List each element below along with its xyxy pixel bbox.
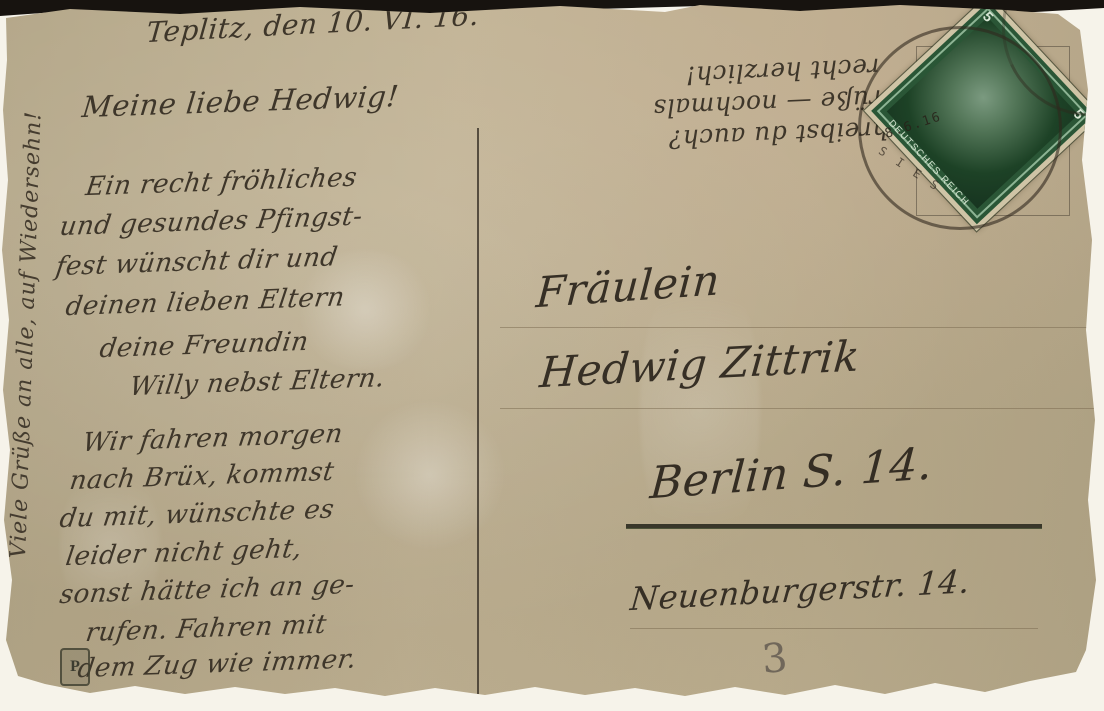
address-divider-line (477, 128, 479, 694)
message-line: und gesundes Pfingst- (58, 201, 365, 242)
address-rule (630, 628, 1038, 629)
message-line: Ein recht fröhliches (84, 163, 359, 203)
address-rule (500, 327, 1092, 328)
salutation: Meine liebe Hedwig! (80, 79, 400, 124)
address-name: Hedwig Zittrik (538, 331, 862, 397)
message-line: Wir fahren morgen (81, 419, 345, 458)
message-line: deine Freundin (98, 327, 311, 364)
emboss-texture (350, 400, 510, 550)
publisher-embossed-mark: P (60, 648, 90, 686)
address-street: Neuenburgerstr. 14. (629, 562, 972, 618)
margin-note-vertical: Viele Grüße an alle, auf Wiedersehn! (6, 88, 47, 559)
postcard-card: Teplitz, den 10. VI. 16. Meine liebe Hed… (0, 0, 1104, 711)
pencil-number: 3 (760, 635, 789, 683)
message-line: Willy nebst Eltern. (128, 363, 387, 402)
address-rule (500, 408, 1100, 409)
message-line: dem Zug wie immer. (76, 644, 359, 684)
stamp-area: 5 5 DEUTSCHES REICH 8.6.16 S I E S (872, 0, 1097, 248)
message-line: fest wünscht dir und (54, 242, 340, 282)
address-underline-heavy (626, 524, 1042, 529)
postcard-scan: Teplitz, den 10. VI. 16. Meine liebe Hed… (0, 0, 1104, 711)
